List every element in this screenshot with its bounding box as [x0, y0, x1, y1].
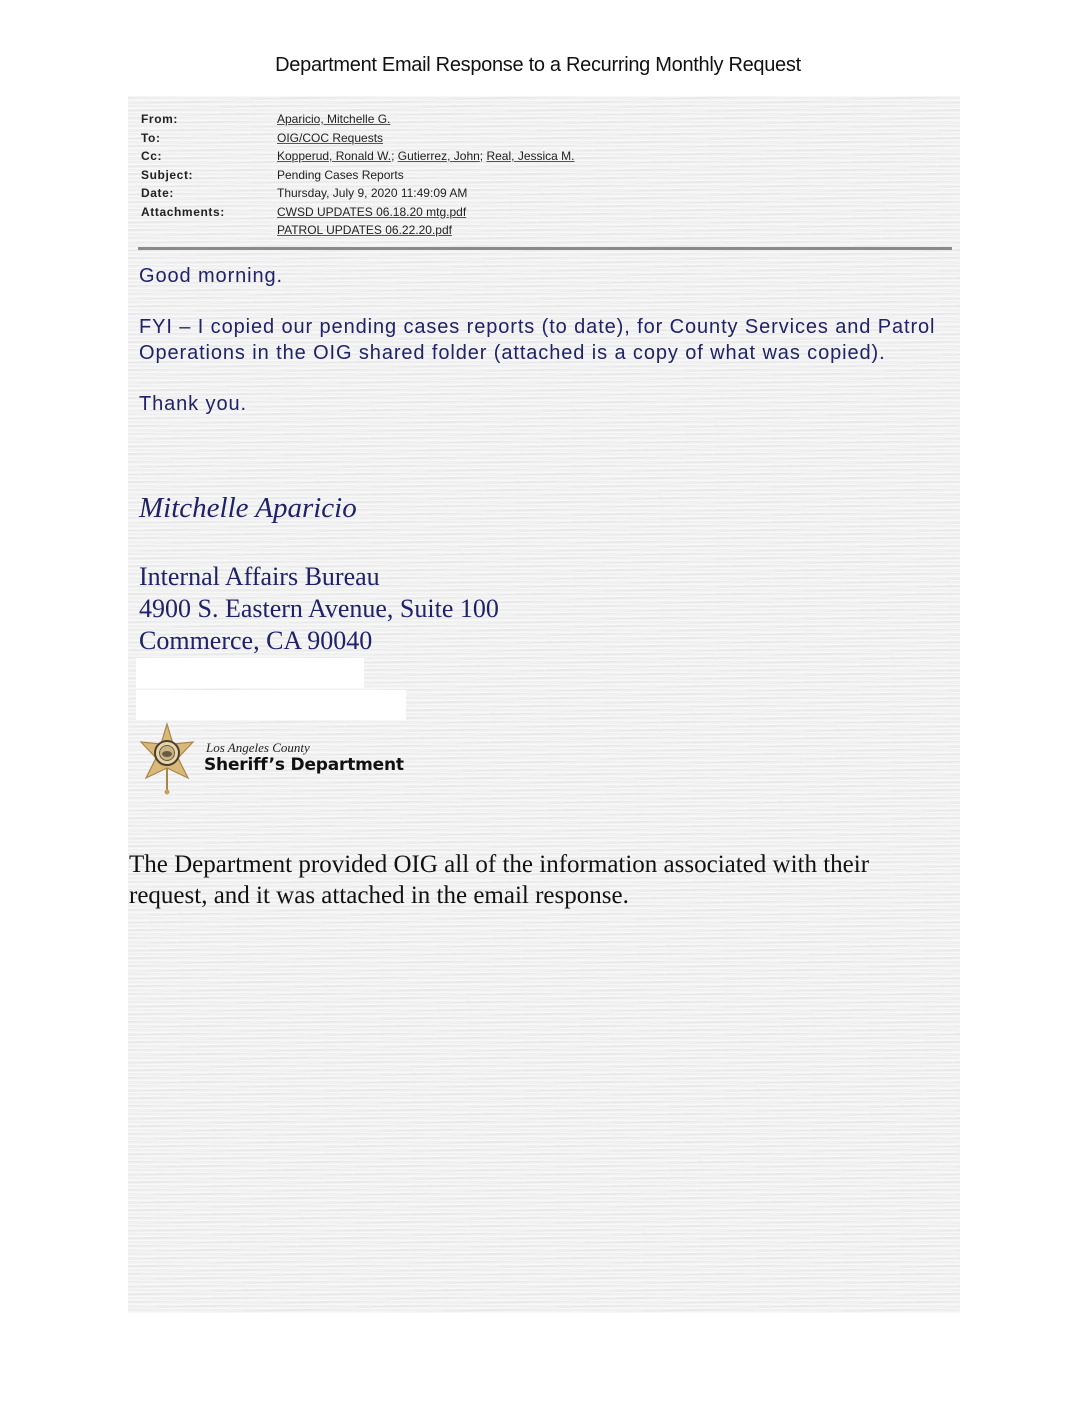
- attachments-label: Attachments:: [141, 203, 277, 222]
- cc-recipient-link[interactable]: Gutierrez, John: [398, 149, 480, 163]
- signature-address-line1: 4900 S. Eastern Avenue, Suite 100: [139, 593, 499, 625]
- signature-address-line2: Commerce, CA 90040: [139, 625, 499, 657]
- date-label: Date:: [141, 184, 277, 203]
- to-row: To: OIG/COC Requests: [141, 129, 575, 148]
- sheriff-star-badge-icon: [138, 722, 196, 798]
- page-title: Department Email Response to a Recurring…: [0, 54, 1076, 77]
- attachment-link[interactable]: PATROL UPDATES 06.22.20.pdf: [277, 221, 452, 240]
- attachment-link[interactable]: CWSD UPDATES 06.18.20 mtg.pdf: [277, 203, 466, 222]
- signature-unit: Internal Affairs Bureau: [139, 561, 499, 593]
- attachments-row-2: PATROL UPDATES 06.22.20.pdf: [141, 221, 575, 240]
- from-label: From:: [141, 110, 277, 129]
- cc-label: Cc:: [141, 147, 277, 166]
- attachments-row: Attachments: CWSD UPDATES 06.18.20 mtg.p…: [141, 203, 575, 222]
- greeting: Good morning.: [139, 264, 949, 290]
- header-divider: [138, 247, 952, 250]
- subject-label: Subject:: [141, 166, 277, 185]
- cc-recipient-link[interactable]: Real, Jessica M.: [486, 149, 574, 163]
- cc-list: Kopperud, Ronald W.; Gutierrez, John; Re…: [277, 147, 575, 166]
- email-body: Good morning. FYI – I copied our pending…: [139, 264, 949, 443]
- subject-row: Subject: Pending Cases Reports: [141, 166, 575, 185]
- subject-value: Pending Cases Reports: [277, 166, 404, 185]
- email-header: From: Aparicio, Mitchelle G. To: OIG/COC…: [141, 110, 575, 240]
- date-value: Thursday, July 9, 2020 11:49:09 AM: [277, 184, 467, 203]
- footer-note: The Department provided OIG all of the i…: [129, 849, 949, 911]
- date-row: Date: Thursday, July 9, 2020 11:49:09 AM: [141, 184, 575, 203]
- to-label: To:: [141, 129, 277, 148]
- from-link[interactable]: Aparicio, Mitchelle G.: [277, 110, 390, 129]
- cc-separator: ;: [391, 149, 398, 163]
- attachments-label-spacer: [141, 221, 277, 240]
- signature-address: Internal Affairs Bureau 4900 S. Eastern …: [139, 561, 499, 657]
- closing: Thank you.: [139, 392, 949, 418]
- logo-county-text: Los Angeles County: [206, 740, 310, 756]
- cc-row: Cc: Kopperud, Ronald W.; Gutierrez, John…: [141, 147, 575, 166]
- from-row: From: Aparicio, Mitchelle G.: [141, 110, 575, 129]
- to-link[interactable]: OIG/COC Requests: [277, 129, 383, 148]
- message: FYI – I copied our pending cases reports…: [139, 315, 949, 366]
- signature-name: Mitchelle Aparicio: [139, 492, 357, 525]
- redaction-box: [136, 690, 406, 720]
- cc-recipient-link[interactable]: Kopperud, Ronald W.: [277, 149, 391, 163]
- redaction-box: [136, 658, 364, 688]
- logo-department-text: Sheriff’s Department: [204, 755, 404, 775]
- sheriff-department-logo: Los Angeles County Sheriff’s Department: [136, 722, 406, 798]
